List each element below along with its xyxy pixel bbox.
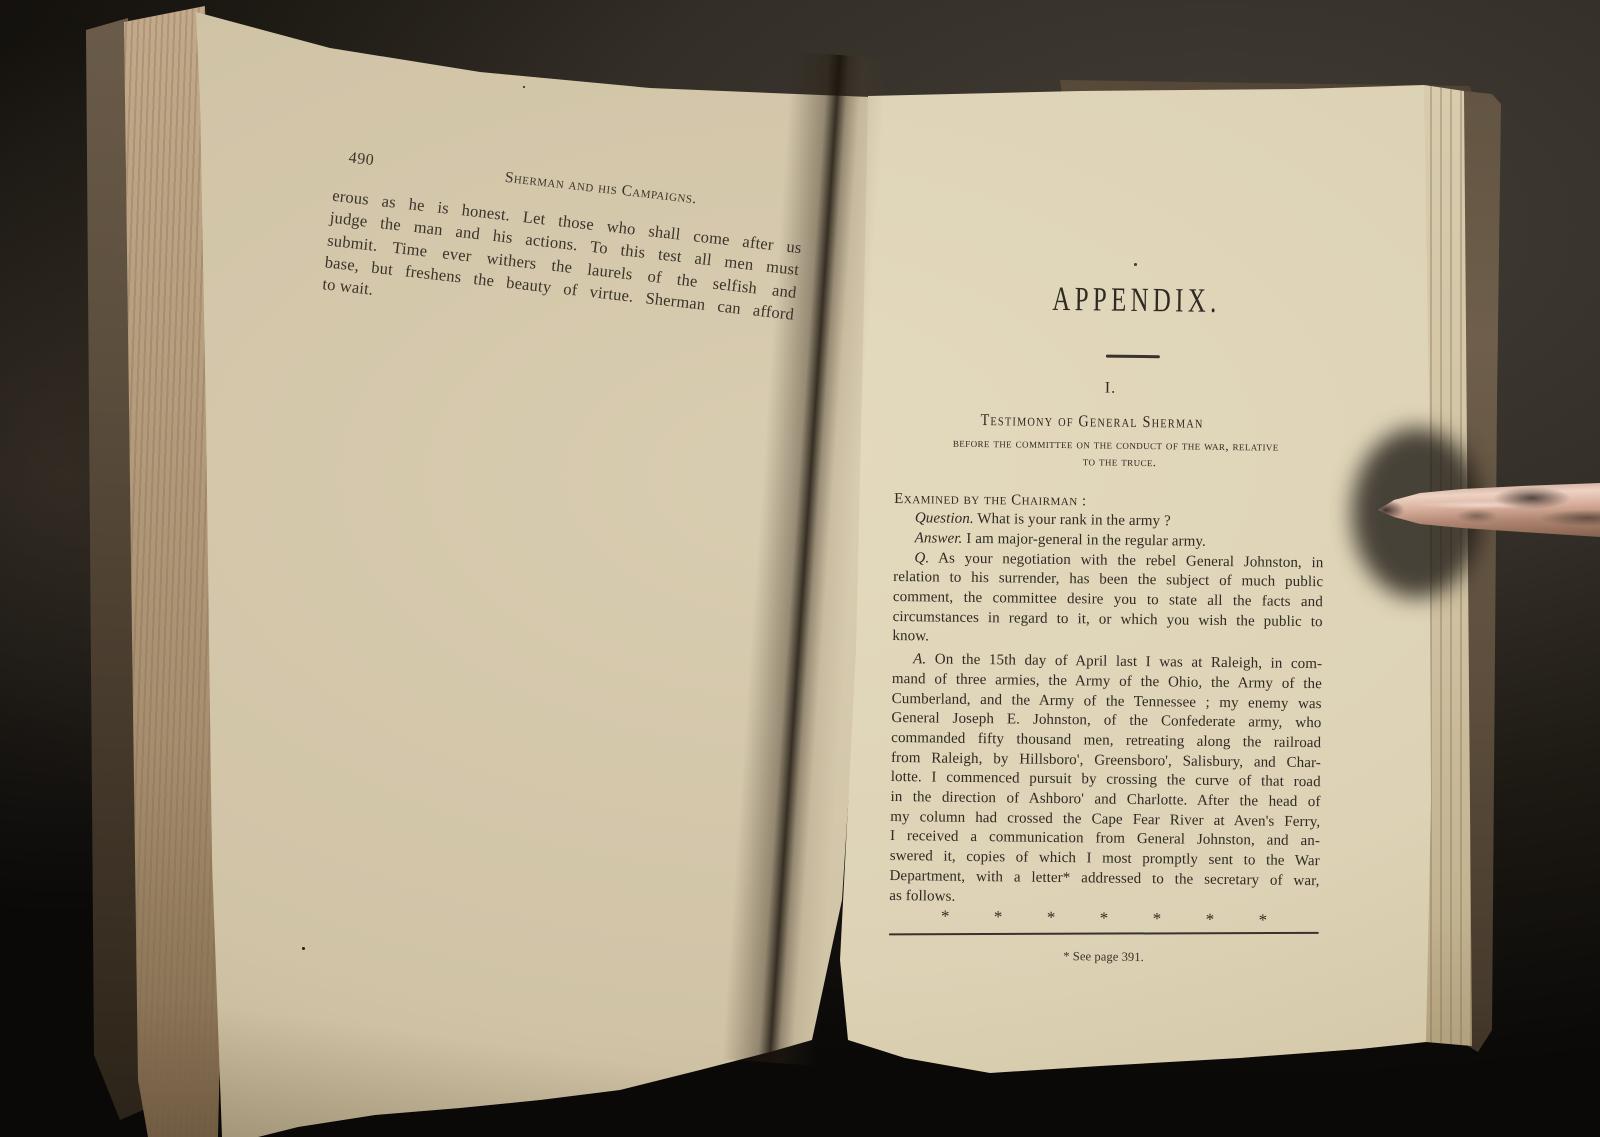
question-marker: Q. <box>914 550 929 566</box>
question-text: What is your rank in the army ? <box>974 511 1171 529</box>
dust-speck <box>523 86 525 88</box>
dust-speck <box>302 947 305 950</box>
answer-marker: A. <box>913 651 926 667</box>
dust-speck <box>1134 263 1137 266</box>
testimony-body: Examined by the Chairman : Question. Wha… <box>888 489 1324 970</box>
text-segment: As your negotiation with the rebel Gener… <box>929 550 1323 571</box>
book-photograph: 490 Sherman and his Campaigns. erous as … <box>0 0 1600 1137</box>
text-segment: On the 15th day of April last I was at R… <box>926 652 1322 673</box>
section-heading: Testimony of General Sherman <box>907 409 1277 434</box>
asterisk-separator: * * * * * * * <box>889 907 1319 930</box>
section-subheading-line2: to the truce. <box>905 452 1335 472</box>
section-number: I. <box>895 376 1325 399</box>
answer-label: Answer. <box>915 530 963 547</box>
title-divider-rule <box>1106 355 1160 358</box>
footnote-rule <box>889 932 1319 936</box>
appendix-title: APPENDIX. <box>979 279 1293 323</box>
right-page-content: APPENDIX. I. Testimony of General Sherma… <box>888 266 1327 970</box>
answer-text: I am major-general in the regular army. <box>962 531 1206 550</box>
question-label: Question. <box>915 510 974 527</box>
